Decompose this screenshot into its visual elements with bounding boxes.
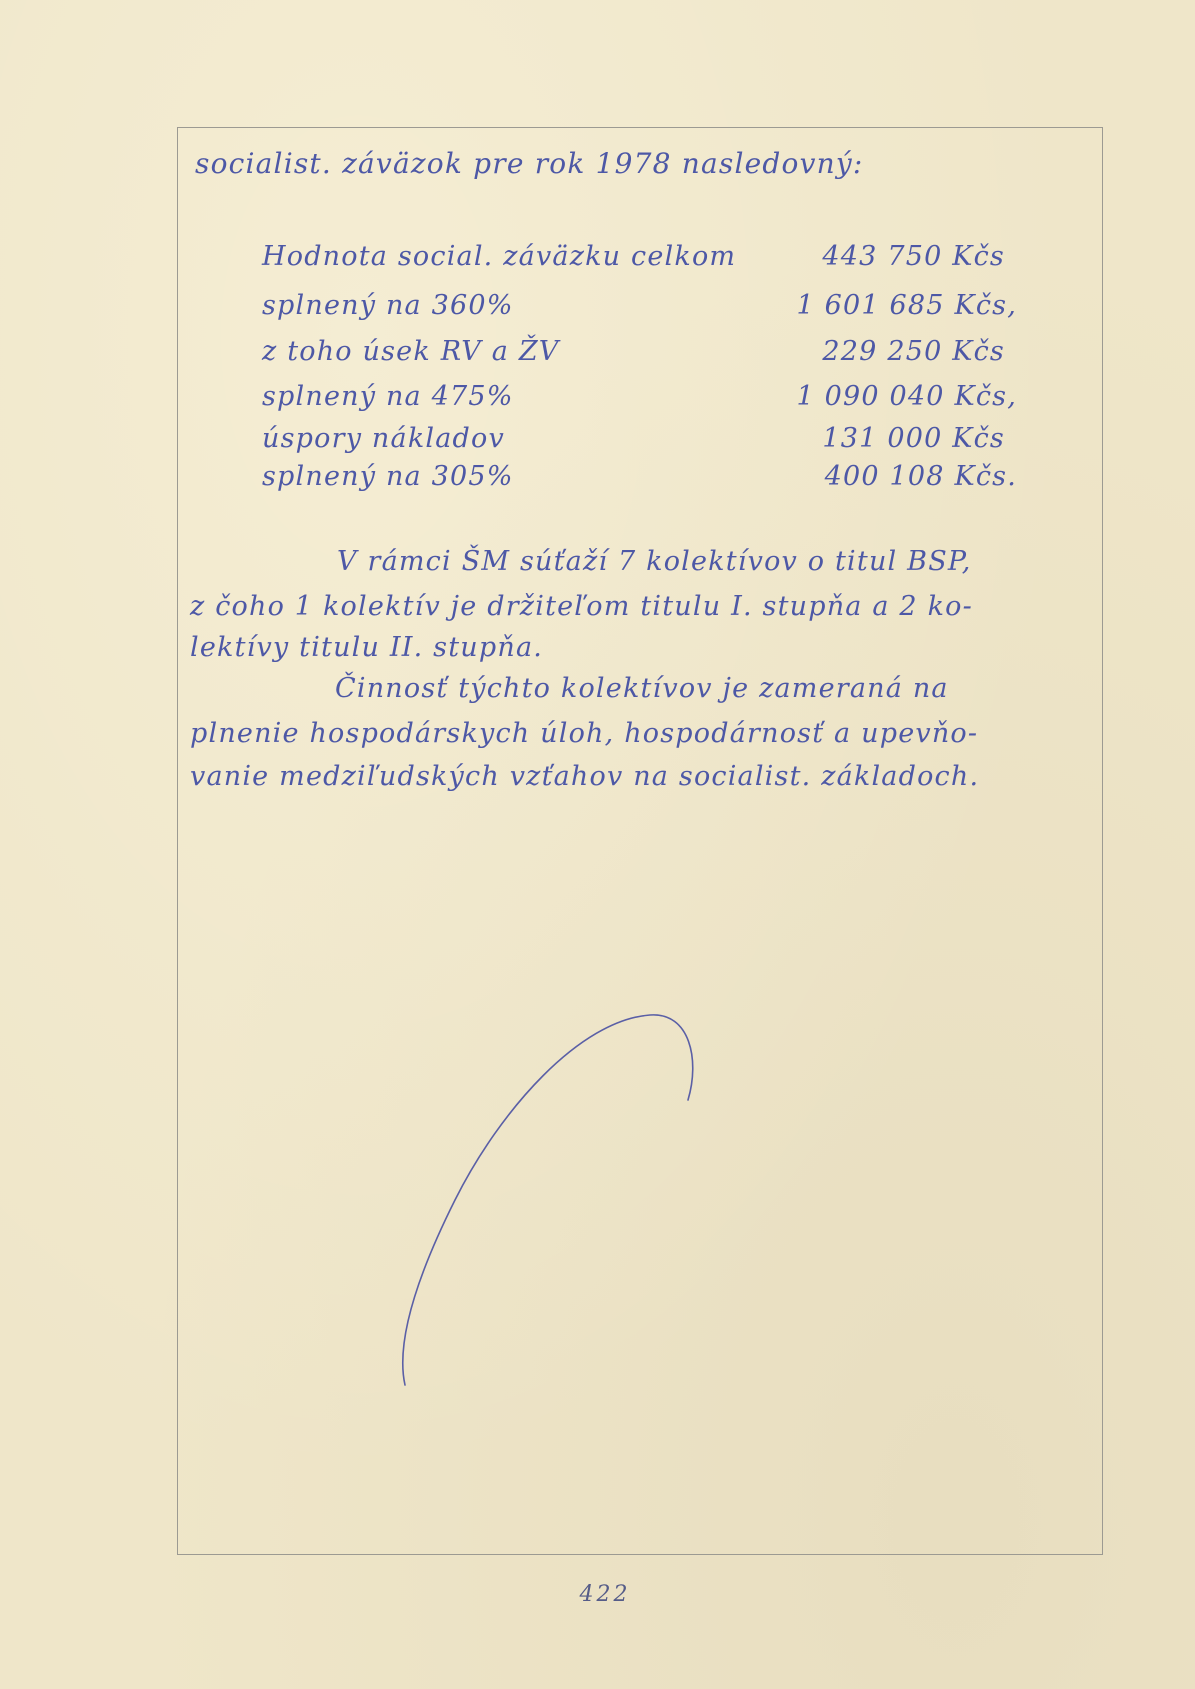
closing-flourish-curve [0,0,1195,1689]
page-number: 422 [570,1582,640,1607]
